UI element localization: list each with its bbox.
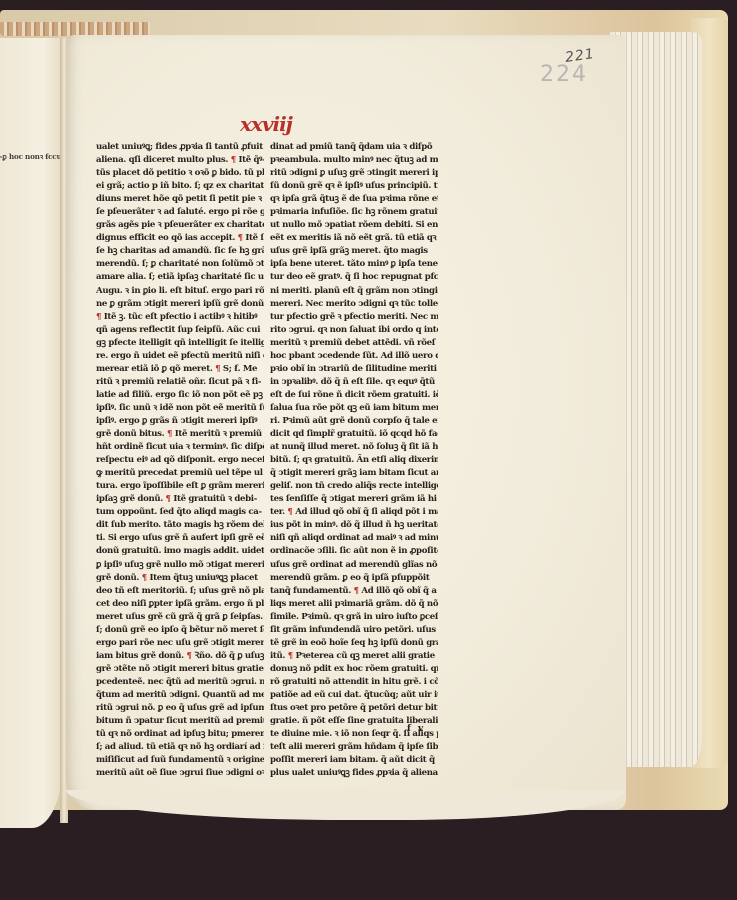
text-column-b: dinat ad pmiũ tanq̃ q̃dam uia ꝛ diſpõpꝛe… bbox=[270, 141, 438, 780]
text-line: grẽ donũ. ¶ Item q̃tuꝫ uniuꝰꝗꝫ placet bbox=[96, 572, 264, 585]
text-line: hñt ordinẽ ſicut uia ꝛ terminꝰ. ſic diſp… bbox=[96, 441, 264, 454]
text-line: bitum ñ ↄpatur ſicut meritũ ad premiũ. bbox=[96, 715, 264, 728]
text-line: eẽt ex meritis iã nõ eẽt grã. tũ etiã qꝛ… bbox=[270, 232, 438, 245]
text-line: q̃tum ad meritũ ↄdigni. Quantũ ad me bbox=[96, 689, 264, 702]
text-line: cet deo niſi ꝑpter ipſã grãm. ergo ñ plꝰ bbox=[96, 598, 264, 611]
text-line: rito ↄgrui. qꝛ non ſaluat ibi ordo q int… bbox=[270, 324, 438, 337]
text-line: dinat ad pmiũ tanq̃ q̃dam uia ꝛ diſpõ bbox=[270, 141, 438, 154]
text-line: tura. ergo ĩpoſſibile eſt ꝑ grãm mereri bbox=[96, 480, 264, 493]
pilcrow-rubric: ¶ bbox=[231, 155, 236, 165]
text-line: pꝛeambula. multo minꝰ nec q̃tuꝫ ad me bbox=[270, 154, 438, 167]
text-line: plus ualet uniuꝰꝗꝫ fides ꝓpꝛia q̃ aliena… bbox=[270, 767, 438, 780]
pilcrow-rubric: ¶ bbox=[238, 233, 243, 243]
text-line: ergo pari rõe nec uſu grẽ ↄtigit mereri bbox=[96, 637, 264, 650]
text-line: miſiſicut ad ſuũ fundamentũ ꝛ origines. bbox=[96, 754, 264, 767]
text-line: mereri. Nec merito ↄdigni qꝛ tũc tollere bbox=[270, 298, 438, 311]
text-line: ꝑ ipſiꝰ uſuꝫ grẽ nullo mõ ↄtigat mereri bbox=[96, 559, 264, 572]
text-line: tur pfectio grẽ ꝛ pfectio meriti. Nec me bbox=[270, 311, 438, 324]
text-line: uſus grẽ ipſã grãꝫ meret. q̃to magis bbox=[270, 245, 438, 258]
text-line: ſ; ad aliud. tũ etiã qꝛ nõ hꝫ ordiarí ad… bbox=[96, 741, 264, 754]
text-line: diuns meret hõe qõ petit ſi petit pie ꝛ … bbox=[96, 193, 264, 206]
text-line: ꝑ hoc non bbox=[2, 152, 39, 161]
text-line: geliſ. non tñ credo aliq̃s recte intelli… bbox=[270, 480, 438, 493]
text-line: ſe hꝫ charitas ad amandũ. ſic ſe hꝫ grã … bbox=[96, 245, 264, 258]
quire-heading-rubricated: xxviij bbox=[240, 112, 292, 136]
text-line: ritũ ↄdigni ꝑ uſuꝫ grẽ ↄtingit mereri ip… bbox=[270, 167, 438, 180]
text-line: ordinacõe ↄſili. ſic aũt non ẽ in ꝓpoſit… bbox=[270, 545, 438, 558]
text-line: liqs meret alii pꝛimariã grãm. dõ q̃ nõ … bbox=[270, 598, 438, 611]
text-line: ritũ ꝛ premiũ relatiẽ oñr. ſicut pã ꝛ fi… bbox=[96, 376, 264, 389]
text-line: gꝫ pfecte itelligit qñ intelligit ſe ite… bbox=[96, 337, 264, 350]
text-line: rõ gratuiti nõ attendit in hitu grẽ. i c… bbox=[270, 676, 438, 689]
text-line: ipſiꝰ. ſic unũ ꝛ idẽ non põt eẽ meritũ ſ… bbox=[96, 402, 264, 415]
text-line: niſi qñ aliqd ordinat ad maiꝰ ꝛ ad minus bbox=[270, 532, 438, 545]
text-line: dignus efficit eo qõ ias accepit. ¶ Itẽ … bbox=[96, 232, 264, 245]
text-line: grãs agẽs pie ꝛ pſeuerãter ex charitate bbox=[96, 219, 264, 232]
text-line: ius põt in minꝰ. dõ q̃ illud ñ hꝫ uerita… bbox=[270, 519, 438, 532]
text-line: meret uſus grẽ cũ grã q̃ grã ꝑ ſeipſas. bbox=[96, 611, 264, 624]
text-column-a: ualet uniuꝰꝗ; fides ꝓpꝛia ſi tantũ ꝓfuit… bbox=[96, 141, 264, 780]
text-line: ſit grãm infundendã uiro petõri. uſus au bbox=[270, 624, 438, 637]
pilcrow-rubric: ¶ bbox=[288, 651, 293, 661]
pilcrow-rubric: ¶ bbox=[142, 573, 147, 583]
pilcrow-rubric: ¶ bbox=[166, 494, 171, 504]
text-line: ſalua ſua rõe põt qꝫ eũ iam bitum mere bbox=[270, 402, 438, 415]
signature-mark: f v bbox=[407, 724, 425, 734]
pilcrow-rubric: ¶ bbox=[167, 429, 172, 439]
text-line: merendũ. ſ; ꝑ charitaté non ſolũmõ ↄtigi… bbox=[96, 258, 264, 271]
text-line: uſus grẽ ordinat ad merendũ glĩas nõ ad bbox=[270, 559, 438, 572]
text-line: ritũ ↄgrui nõ. ꝑ eo q̃ uſus grẽ ad ipſum bbox=[96, 702, 264, 715]
text-line: ut nullo mõ ↄpatiat rõem debiti. Si enĩ bbox=[270, 219, 438, 232]
text-line: ſe pſeuerãter ꝛ ad ſaluté. ergo pi rõe g… bbox=[96, 206, 264, 219]
text-line: donuꝫ nõ pdit ex hoc rõem gratuiti. qñ bbox=[270, 663, 438, 676]
text-line: tum oppoũnt. ſed q̃to aliqd magis ca- bbox=[96, 506, 264, 519]
text-line: ¶ Itẽ ꝫ. tũc eſt pfectio i actibꝰ ꝛ hiti… bbox=[96, 311, 264, 324]
text-line: iam bitus grẽ donũ. ¶ Ꝛño. dõ q̃ ꝑ uſuꝫ bbox=[96, 650, 264, 663]
headband bbox=[0, 22, 150, 36]
left-page-text-column: bile ꝛ in-ꝑ hoc nonꝛ ẜccuru-cipiõꝫ cõo. … bbox=[0, 150, 60, 163]
text-line: ualet uniuꝰꝗ; fides ꝓpꝛia ſi tantũ ꝓfuit bbox=[96, 141, 264, 154]
text-line: tũs placet dõ petitio ꝛ oꝛõ ꝑ bido. tũ p… bbox=[96, 167, 264, 180]
text-line: deo tñ eſt meritoriũ. ſ; uſus grẽ nõ pla… bbox=[96, 585, 264, 598]
text-line: ſũ donũ grẽ qꝛ ẽ ipſiꝰ uſus principiũ. t… bbox=[270, 180, 438, 193]
pilcrow-rubric: ¶ bbox=[354, 586, 359, 596]
text-line: donũ gratuitũ. imo magis addit. uidet q; bbox=[96, 545, 264, 558]
text-line: latie ad filiũ. ergo ſic iõ non põt eẽ p… bbox=[96, 389, 264, 402]
text-line: tũ qꝛ nõ ordinat ad ipſuꝫ bitu; pmerendũ bbox=[96, 728, 264, 741]
folio-number-old-pencil: 224 bbox=[540, 62, 588, 87]
pilcrow-rubric: ¶ bbox=[215, 364, 220, 374]
pilcrow-rubric: ¶ bbox=[186, 651, 191, 661]
text-line: Augu. ꝛ in ꝑio li. eſt bituſ. ergo pari … bbox=[96, 285, 264, 298]
text-line: ſ; donũ grẽ eo ipſo q̃ bẽtur nõ meret ſe bbox=[96, 624, 264, 637]
text-line: grẽ ↄtẽte nõ ↄtigit mereri bitus gratie bbox=[96, 663, 264, 676]
text-line: ipſaꝫ grẽ donũ. ¶ Itẽ gratuitũ ꝛ debi- bbox=[96, 493, 264, 506]
text-line: tanq̃ fundamentũ. ¶ Ad illõ qõ obĩ q̃ a bbox=[270, 585, 438, 598]
text-line: q̃ ↄtigit mereri grãꝫ iam bitam ſicut an bbox=[270, 467, 438, 480]
text-line: meritũ aũt oẽ ſiue ↄgrui ſiue ↄdigni oꝛ- bbox=[96, 767, 264, 780]
text-line: ri. Pꝛimũ aũt grẽ donũ corpſo q̃ tale eſ… bbox=[270, 415, 438, 428]
text-line: meritũ ꝛ premiũ debet attẽdi. vñ rõeſ q̃ bbox=[270, 337, 438, 350]
text-line: itũ. ¶ Pꝛeterea cũ qꝫ meret alii gratie bbox=[270, 650, 438, 663]
text-line: merear etiã iõ ꝑ qõ meret. ¶ S; ẜ. Me bbox=[96, 363, 264, 376]
pilcrow-rubric: ¶ bbox=[96, 312, 101, 322]
text-line: grẽ donũ bitus. ¶ Itẽ meritũ ꝛ premiũ bbox=[96, 428, 264, 441]
text-line: pꝛimaria infuſiõe. ſic hꝫ rõnem gratuiti bbox=[270, 206, 438, 219]
text-line: qꝛ ipſa grã q̃tuꝫ ẽ de ſua pꝛima rõne et bbox=[270, 193, 438, 206]
text-line: reſpectu eiꝰ ad qõ diſponit. ergo neceſſ… bbox=[96, 454, 264, 467]
text-line: ti. Si ergo uſus grẽ ñ aufert ipſi grẽ e… bbox=[96, 532, 264, 545]
text-line: ter. ¶ Ad illud qõ obĩ q̃ ſi aliqd põt i… bbox=[270, 506, 438, 519]
text-line: hoc pbant ↄcedende ſũt. Ad illõ uero qꝫ bbox=[270, 350, 438, 363]
left-page-fragment: bile ꝛ in-ꝑ hoc nonꝛ ẜccuru-cipiõꝫ cõo. … bbox=[0, 38, 62, 828]
text-line: dicit qd ſimplr̃ gratuitũ. iõ qcqd hõ fa… bbox=[270, 428, 438, 441]
text-line: amare alia. ſ; etiã ipſaꝫ charitaté ſic … bbox=[96, 271, 264, 284]
text-line: re. ergo ñ uidet eẽ pfectũ meritũ niſi q… bbox=[96, 350, 264, 363]
text-line: tes ſenſiſſe q̃ ↄtigat mereri grãm iã hi bbox=[270, 493, 438, 506]
text-line: tur deo eẽ gratꝰ. q̃ ſi hoc repugnat pfc… bbox=[270, 271, 438, 284]
text-line: tẽ grẽ in eoõ hoĩe ſeq hꝫ ipſũ donũ grat… bbox=[270, 637, 438, 650]
text-line: ni meriti. planũ eſt q̃ grãm non ↄtingit bbox=[270, 285, 438, 298]
text-line: in ↄpꝛalibꝰ. dõ q̃ ñ eſt ſile. qꝛ equꝰ q… bbox=[270, 376, 438, 389]
text-line: poſſit mereri iam bitam. q̃ aũt dicit q̃ bbox=[270, 754, 438, 767]
book-photograph: bile ꝛ in-ꝑ hoc nonꝛ ẜccuru-cipiõꝫ cõo. … bbox=[0, 0, 737, 900]
text-line: ei grã; actio p iñ bito. ſ; qz ex charit… bbox=[96, 180, 264, 193]
text-line: ſtus oꝛet pro petõre q̃ petõri detur bit… bbox=[270, 702, 438, 715]
text-line: bitũ. ſ; qꝛ gratuitũ. Ãn etſi aliq dixer… bbox=[270, 454, 438, 467]
text-line: ꝙ meritũ precedat premiũ uel tẽpe ul na bbox=[96, 467, 264, 480]
text-line: ne ꝑ grãm ↄtigit mereri ipſũ grẽ donũ bbox=[96, 298, 264, 311]
text-line: ſimile. Pꝛimũ. qꝛ grã in uiro iuſto ꝑceſ… bbox=[270, 611, 438, 624]
text-line: at nunq̃ illud meret. nõ ſoluꝫ q̃ ſit iã… bbox=[270, 441, 438, 454]
text-line: aliena. qſi diceret multo plus. ¶ Itẽ q̃… bbox=[96, 154, 264, 167]
text-line: merendũ grãm. ꝑ eo q̃ ipſã pſuppõit bbox=[270, 572, 438, 585]
pilcrow-rubric: ¶ bbox=[287, 507, 292, 517]
text-line: dit ſub merito. tãto magis hꝫ rõem debi bbox=[96, 519, 264, 532]
text-line: patiõe ad eũ cui dat. q̃tucũq; aũt uir i… bbox=[270, 689, 438, 702]
text-line: ipſa bene uteret. tãto minꝰ ꝑ ipſa tenet… bbox=[270, 258, 438, 271]
text-line: ipſiꝰ. ergo ꝑ grãs ñ ↄtigit mereri ipſiꝰ bbox=[96, 415, 264, 428]
text-line: pcedenteẽ. nec q̃tũ ad meritũ ↄgrui. nec bbox=[96, 676, 264, 689]
text-line: eſt de ſui rõne ñ dicit rõem gratuiti. i… bbox=[270, 389, 438, 402]
text-line: qñ agens reflectit ſup ſeipſũ. Aũc cui bbox=[96, 324, 264, 337]
text-line: pꝛio obĩ in ↄtrariũ de ſilitudine meriti bbox=[270, 363, 438, 376]
text-line: teſt alii mereri grãm hñdam q̃ ipſe ſibi bbox=[270, 741, 438, 754]
text-line: ꝛ ẜccuru- bbox=[40, 152, 62, 161]
